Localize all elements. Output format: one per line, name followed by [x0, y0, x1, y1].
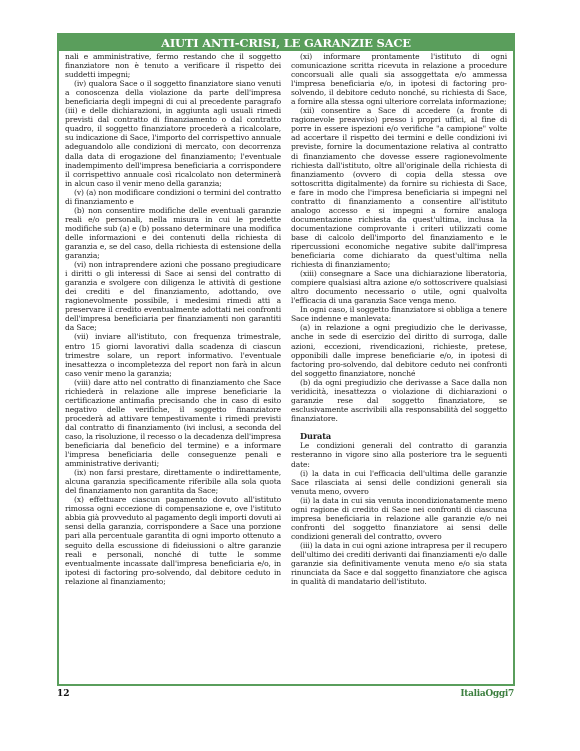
paragraph: (b) non consentire modifiche delle event… — [65, 206, 281, 260]
paragraph: (ii) la data in cui sia venuta incondizi… — [291, 496, 507, 541]
paragraph: (xii) consentire a Sace di accedere (a f… — [291, 106, 507, 269]
paragraph: (viii) dare atto nel contratto di finanz… — [65, 378, 281, 468]
paragraph: (xiii) consegnare a Sace una dichiarazio… — [291, 269, 507, 305]
paragraph: (a) in relazione a ogni pregiudizio che … — [291, 323, 507, 377]
paragraph: (x) effettuare ciascun pagamento dovuto … — [65, 495, 281, 585]
paragraph: Le condizioni generali del contratto di … — [291, 441, 507, 468]
article-box: AIUTI ANTI-CRISI, LE GARANZIE SACE nali … — [57, 33, 515, 686]
paragraph: (vi) non intraprendere azioni che possan… — [65, 260, 281, 332]
paragraph: (iv) qualora Sace o il soggetto finanzia… — [65, 79, 281, 188]
paragraph: (b) da ogni pregiudizio che derivasse a … — [291, 378, 507, 423]
publication-logo: ItaliaOggi7 — [460, 689, 514, 699]
paragraph: In ogni caso, il soggetto finanziatore s… — [291, 305, 507, 323]
left-column: nali e amministrative, fermo restando ch… — [65, 52, 281, 682]
paragraph: (xi) informare prontamente l'istituto di… — [291, 52, 507, 106]
right-column: (xi) informare prontamente l'istituto di… — [291, 52, 507, 682]
paragraph: (v) (a) non modificare condizioni o term… — [65, 188, 281, 206]
paragraph: (iii) la data in cui ogni azione intrapr… — [291, 541, 507, 586]
paragraph: (vii) inviare all'istituto, con frequenz… — [65, 332, 281, 377]
page-number: 12 — [57, 689, 70, 699]
article-header: AIUTI ANTI-CRISI, LE GARANZIE SACE — [59, 35, 513, 51]
article-columns: nali e amministrative, fermo restando ch… — [65, 52, 507, 682]
paragraph: (i) la data in cui l'efficacia dell'ulti… — [291, 469, 507, 496]
paragraph: nali e amministrative, fermo restando ch… — [65, 52, 281, 79]
paragraph: (ix) non farsi prestare, direttamente o … — [65, 468, 281, 495]
section-heading-durata: Durata — [300, 432, 507, 442]
